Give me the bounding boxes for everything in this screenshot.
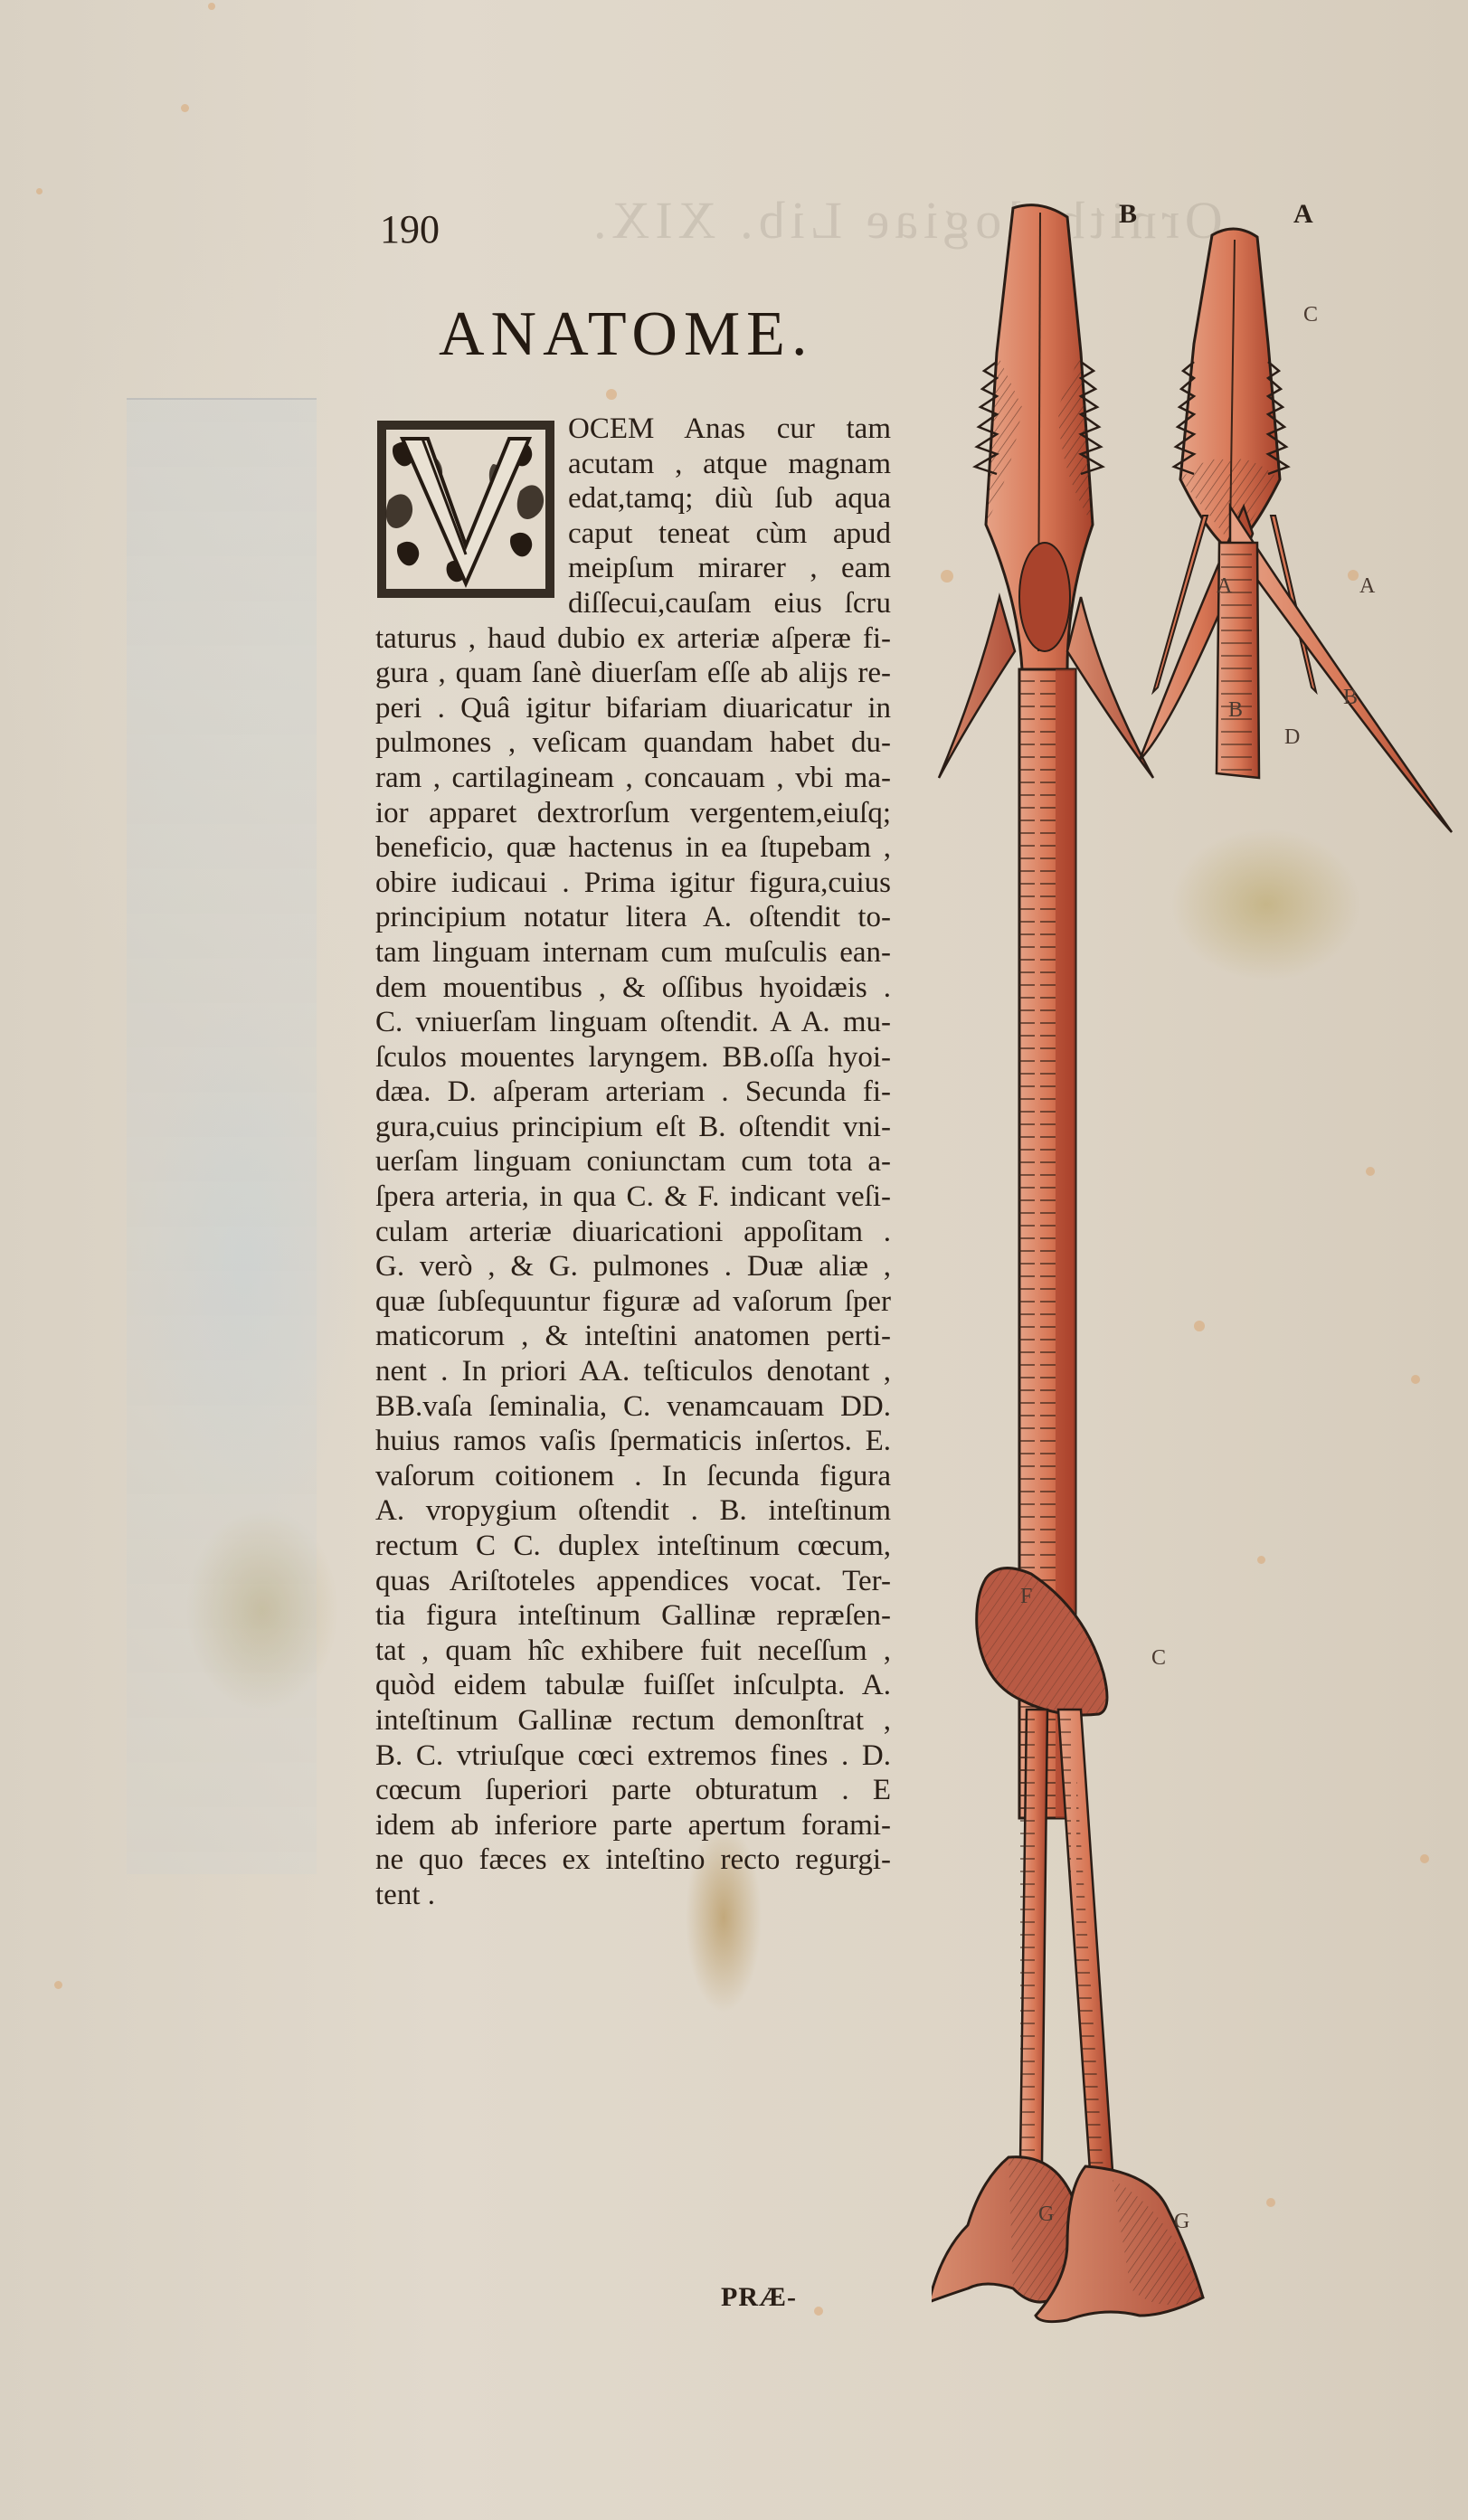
page-number: 190 xyxy=(380,206,440,252)
figure-label-d: D xyxy=(1284,725,1300,750)
figure-label-b-right: B xyxy=(1343,686,1358,710)
text-line: idem ab inferiore parte apertum forami- xyxy=(375,1808,891,1843)
body-text: OCEM Anas cur tam acutam , atque magnam … xyxy=(375,412,891,1913)
text-line: inteſtinum Gallinæ rectum demonſtrat , xyxy=(375,1703,891,1738)
bleed-through-plate xyxy=(127,398,317,1874)
foxing-spot xyxy=(36,188,43,194)
text-line: tia figura inteſtinum Gallinæ repræſen- xyxy=(375,1598,891,1634)
text-line: B. C. vtriuſque cœci extremos fines . D. xyxy=(375,1738,891,1774)
text-line: obire iudicaui . Prima igitur figura,cui… xyxy=(375,866,891,901)
text-line: ſculos mouentes laryngem. BB.oſſa hyoi- xyxy=(375,1040,891,1075)
text-line: gura , quam ſanè diuerſam eſſe ab alijs … xyxy=(375,656,891,691)
text-line: edat,tamq; diù ſub aqua xyxy=(568,481,891,516)
text-line: taturus , haud dubio ex arteriæ aſperæ f… xyxy=(375,621,891,657)
text-line: huius ramos vaſis ſpermaticis inſertos. … xyxy=(375,1424,891,1459)
anatomical-woodcut: B A C A A B B D F C G G xyxy=(932,181,1468,2397)
text-line: BB.vaſa ſeminalia, C. venamcauam DD. xyxy=(375,1389,891,1425)
text-line: G. verò , & G. pulmones . Duæ aliæ , xyxy=(375,1249,891,1284)
text-line: tent . xyxy=(375,1878,891,1913)
figure-label-a-left: A xyxy=(1217,574,1232,599)
ornamental-dropcap-v-icon xyxy=(375,419,556,600)
figure-label-a: A xyxy=(1293,199,1313,230)
text-line: principium notatur litera A. oſtendit to… xyxy=(375,900,891,935)
foxing-spot xyxy=(606,389,617,400)
text-line: tat , quam hîc exhibere fuit neceſſum , xyxy=(375,1634,891,1669)
text-line: peri . Quâ igitur bifariam diuaricatur i… xyxy=(375,691,891,726)
text-line: C. vniuerſam linguam oſtendit. A A. mu- xyxy=(375,1005,891,1040)
text-line: quas Ariſtoteles appendices vocat. Ter- xyxy=(375,1564,891,1599)
text-line: gura,cuius principium eſt B. oſtendit vn… xyxy=(375,1110,891,1145)
text-line: quòd eidem tabulæ fuiſſet inſculpta. A. xyxy=(375,1668,891,1703)
figure-label-b: B xyxy=(1119,199,1137,230)
text-line: dem mouentibus , & oſſibus hyoidæis . xyxy=(375,971,891,1006)
text-line: dæa. D. aſperam arteriam . Secunda fi- xyxy=(375,1075,891,1110)
duck-trachea-illustration-icon xyxy=(932,181,1468,2397)
text-line: uerſam linguam coniunctam cum tota a- xyxy=(375,1144,891,1179)
text-line: meipſum mirarer , eam xyxy=(568,551,891,586)
foxing-spot xyxy=(181,104,189,112)
text-line: maticorum , & inteſtini anatomen perti- xyxy=(375,1319,891,1354)
figure-label-g-left: G xyxy=(1038,2203,1054,2227)
text-line: cœcum ſuperiori parte obturatum . E xyxy=(375,1773,891,1808)
foxing-spot xyxy=(54,1981,62,1989)
text-line: caput teneat cùm apud xyxy=(568,516,891,552)
figure-label-f: F xyxy=(1020,1585,1032,1609)
text-line: beneficio, quæ hactenus in ea ſtupebam , xyxy=(375,830,891,866)
figure-label-a-right: A xyxy=(1359,574,1375,599)
text-line: vaſorum coitionem . In ſecunda figura xyxy=(375,1459,891,1494)
figure-label-c-vesicle: C xyxy=(1151,1646,1166,1671)
text-line: nent . In priori AA. teſticulos denotant… xyxy=(375,1354,891,1389)
foxing-spot xyxy=(814,2307,823,2316)
page-title: ANATOME. xyxy=(439,298,813,371)
text-line: A. vropygium oſtendit . B. inteſtinum xyxy=(375,1493,891,1529)
text-line: OCEM Anas cur tam xyxy=(568,412,891,447)
text-line: culam arteriæ diuaricationi appoſitam . xyxy=(375,1215,891,1250)
text-line: ſpera arteria, in qua C. & F. indicant v… xyxy=(375,1179,891,1215)
text-line: pulmones , veſicam quandam habet du- xyxy=(375,725,891,761)
text-line: tam linguam internam cum muſculis ean- xyxy=(375,935,891,971)
figure-label-b-left: B xyxy=(1228,698,1243,723)
text-line: quæ ſubſequuntur figuræ ad vaſorum ſper xyxy=(375,1284,891,1320)
text-line: diſſecui,cauſam eius ſcru xyxy=(568,586,891,621)
catchword: PRÆ- xyxy=(721,2282,797,2313)
figure-label-g-right: G xyxy=(1174,2210,1189,2234)
text-line: ne quo fæces ex inteſtino recto regurgi- xyxy=(375,1843,891,1878)
text-line: rectum C C. duplex inteſtinum cœcum, xyxy=(375,1529,891,1564)
text-line: ram , cartilagineam , concauam , vbi ma- xyxy=(375,761,891,796)
text-line: ior apparet dextrorſum vergentem,eiuſq; xyxy=(375,796,891,831)
figure-label-c: C xyxy=(1303,303,1318,327)
foxing-spot xyxy=(208,3,215,10)
text-line: acutam , atque magnam xyxy=(568,447,891,482)
